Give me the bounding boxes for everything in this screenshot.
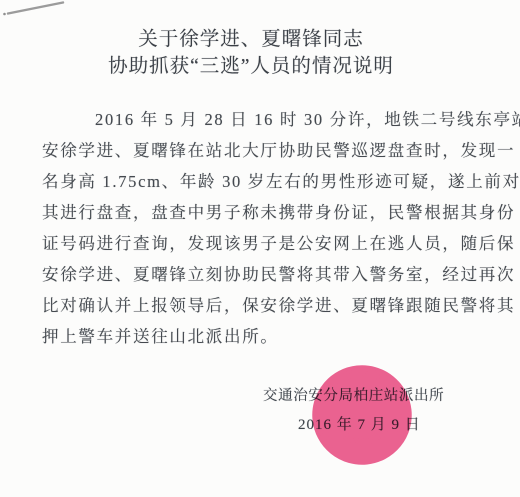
- document-body: 2016 年 5 月 28 日 16 时 30 分许，地铁二号线东亭站保 安徐学…: [42, 104, 486, 352]
- body-line: 比对确认并上报领导后，保安徐学进、夏曙锋跟随民警将其: [42, 290, 486, 321]
- body-line: 2016 年 5 月 28 日 16 时 30 分许，地铁二号线东亭站保: [42, 104, 486, 135]
- body-line: 押上警车并送往山北派出所。: [42, 321, 486, 352]
- body-line: 安徐学进、夏曙锋立刻协助民警将其带入警务室，经过再次: [42, 259, 486, 290]
- body-line: 安徐学进、夏曙锋在站北大厅协助民警巡逻盘查时，发现一: [42, 135, 486, 166]
- body-line: 证号码进行查询，发现该男子是公安网上在逃人员，随后保: [42, 228, 486, 259]
- pen-mark-artifact: [0, 0, 72, 22]
- official-seal: 无锡市公安局交通治安分局 柏庄站派出所: [305, 358, 419, 472]
- title-line-1: 关于徐学进、夏曙锋同志: [0, 26, 511, 53]
- title-line-2: 协助抓获“三逃”人员的情况说明: [0, 53, 511, 80]
- document-title: 关于徐学进、夏曙锋同志 协助抓获“三逃”人员的情况说明: [0, 26, 511, 80]
- scanned-document-page: 关于徐学进、夏曙锋同志 协助抓获“三逃”人员的情况说明 2016 年 5 月 2…: [0, 0, 520, 497]
- body-line: 其进行盘查，盘查中男子称未携带身份证，民警根据其身份: [42, 197, 486, 228]
- body-line: 名身高 1.75cm、年龄 30 岁左右的男性形迹可疑，遂上前对: [42, 166, 486, 197]
